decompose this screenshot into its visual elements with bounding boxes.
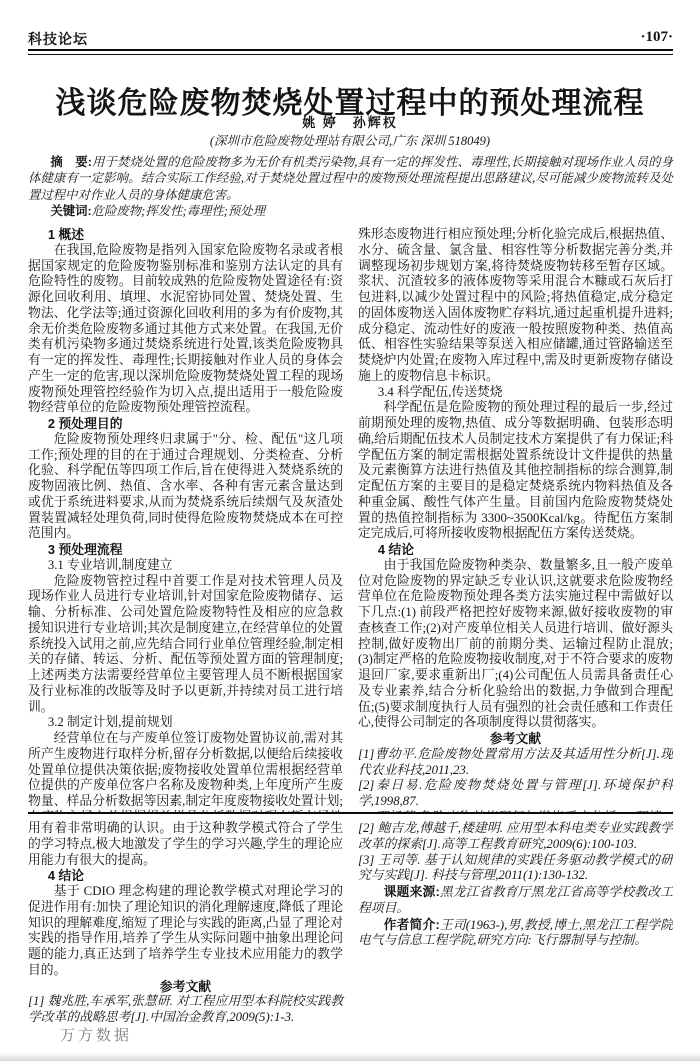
abstract-text: 用于焚烧处置的危险废物多为无价有机类污染物,具有一定的挥发性、毒理性,长期接触对… [28,155,673,202]
abstract-paragraph: 摘 要:用于焚烧处置的危险废物多为无价有机类污染物,具有一定的挥发性、毒理性,长… [28,154,673,203]
note-label: 课题来源: [384,884,440,899]
article-authors: 姚 婷 孙辉权 [0,112,700,131]
section-heading: 2 预处理目的 [28,416,343,432]
paragraph: 在我国,危险废物是指列入国家危险废物名录或者根据国家规定的危险废物鉴别标准和鉴别… [28,243,343,416]
previous-article-body: 用有着非常明确的认识。由于这种教学模式符合了学生的学习特点,极大地激发了学生的学… [28,821,673,1053]
page-number: ·107· [640,29,673,46]
keywords-label: 关键词: [50,204,91,218]
journal-section-name: 科技论坛 [28,29,88,49]
labeled-note: 作者简介:王司(1963-),男,教授,博士,黑龙江工程学院电气与信息工程学院,… [358,917,673,950]
journal-page: 科技论坛 ·107· 浅谈危险废物焚烧处置过程中的预处理流程 姚 婷 孙辉权 (… [0,0,700,1061]
references-title: 参考文献 [28,979,343,995]
references-title: 参考文献 [358,731,673,747]
reference-item: [2]秦日易.危险废物焚烧处置与管理[J].环境保护科学,1998,87. [358,778,673,810]
section-heading: 3 预处理流程 [28,542,343,558]
paragraph: 经营单位在与产废单位签订废物处置协议前,需对其所产生废物进行取样分析,留存分析数… [28,731,343,812]
reference-item: [1] 魏兆胜,车承军,张慧研. 对工程应用型本科院校实践教学改革的战略思考[J… [28,994,343,1026]
section-heading: 1 概述 [28,227,343,243]
paragraph-continued: 用有着非常明确的认识。由于这种教学模式符合了学生的学习特点,极大地激发了学生的学… [28,821,343,868]
reference-item: [1]曹幼平.危险废物处置常用方法及其适用性分析[J].现代农业科技,2011,… [358,747,673,779]
paragraph-continued: 殊形态废物进行相应预处理;分析化验完成后,根据热值、水分、硫含量、氯含量、相容性… [358,227,673,385]
note-label: 作者简介: [384,917,440,932]
labeled-note: 课题来源:黑龙江省教育厅黑龙江省高等学校教改工程项目。 [358,884,673,917]
paragraph: 基于 CDIO 理念构建的理论教学模式对理论学习的促进作用有:加快了理论知识的消… [28,884,343,979]
article-separator-rule [28,812,673,814]
paragraph: 由于我国危险废物种类杂、数量繁多,且一般产废单位对危险废物的界定缺乏专业认识,这… [358,558,673,731]
right-column: 殊形态废物进行相应预处理;分析化验完成后,根据热值、水分、硫含量、氯含量、相容性… [358,227,673,812]
reference-item: [2] 鲍吉龙,傅越千,楼建明. 应用型本科电类专业实践教学改革的探索[J].高… [358,821,673,853]
article-affiliation: (深圳市危险废物处理站有限公司,广东 深圳 518049) [0,131,700,149]
section-heading: 4 结论 [28,868,343,884]
left-column: 1 概述在我国,危险废物是指列入国家危险废物名录或者根据国家规定的危险废物鉴别标… [28,227,343,812]
wanfang-watermark: 万方数据 [60,1024,132,1045]
abstract-block: 摘 要:用于焚烧处置的危险废物多为无价有机类污染物,具有一定的挥发性、毒理性,长… [28,154,673,219]
subsection-heading: 3.2 制定计划,提前规划 [28,715,343,731]
paragraph: 危险废物管控过程中首要工作是对技术管理人员及现场作业人员进行专业培训,针对国家危… [28,574,343,716]
section-heading: 4 结论 [358,542,673,558]
prev-article-right-column: [2] 鲍吉龙,傅越千,楼建明. 应用型本科电类专业实践教学改革的探索[J].高… [358,821,673,1053]
abstract-label: 摘 要: [50,155,92,169]
reference-item: [3] 王司等. 基于认知规律的实践任务驱动教学模式的研究与实践[J]. 科技与… [358,853,673,885]
paragraph: 科学配伍是危险废物的预处理过程的最后一步,经过前期预处理的废物,热值、成分等数据… [358,400,673,542]
subsection-heading: 3.1 专业培训,制度建立 [28,558,343,574]
article-body: 1 概述在我国,危险废物是指列入国家危险废物名录或者根据国家规定的危险废物鉴别标… [28,227,673,812]
header-rule [28,49,673,55]
scan-edge-shadow [0,1053,700,1061]
prev-article-left-column: 用有着非常明确的认识。由于这种教学模式符合了学生的学习特点,极大地激发了学生的学… [28,821,343,1053]
keywords-line: 关键词:危险废物;挥发性;毒理性;预处理 [28,203,673,219]
subsection-heading: 3.4 科学配伍,传送焚烧 [358,385,673,401]
keywords-text: 危险废物;挥发性;毒理性;预处理 [92,204,265,218]
paragraph: 危险废物预处理终归隶属于"分、检、配伍"这几项工作;预处理的目的在于通过合理规划… [28,432,343,542]
